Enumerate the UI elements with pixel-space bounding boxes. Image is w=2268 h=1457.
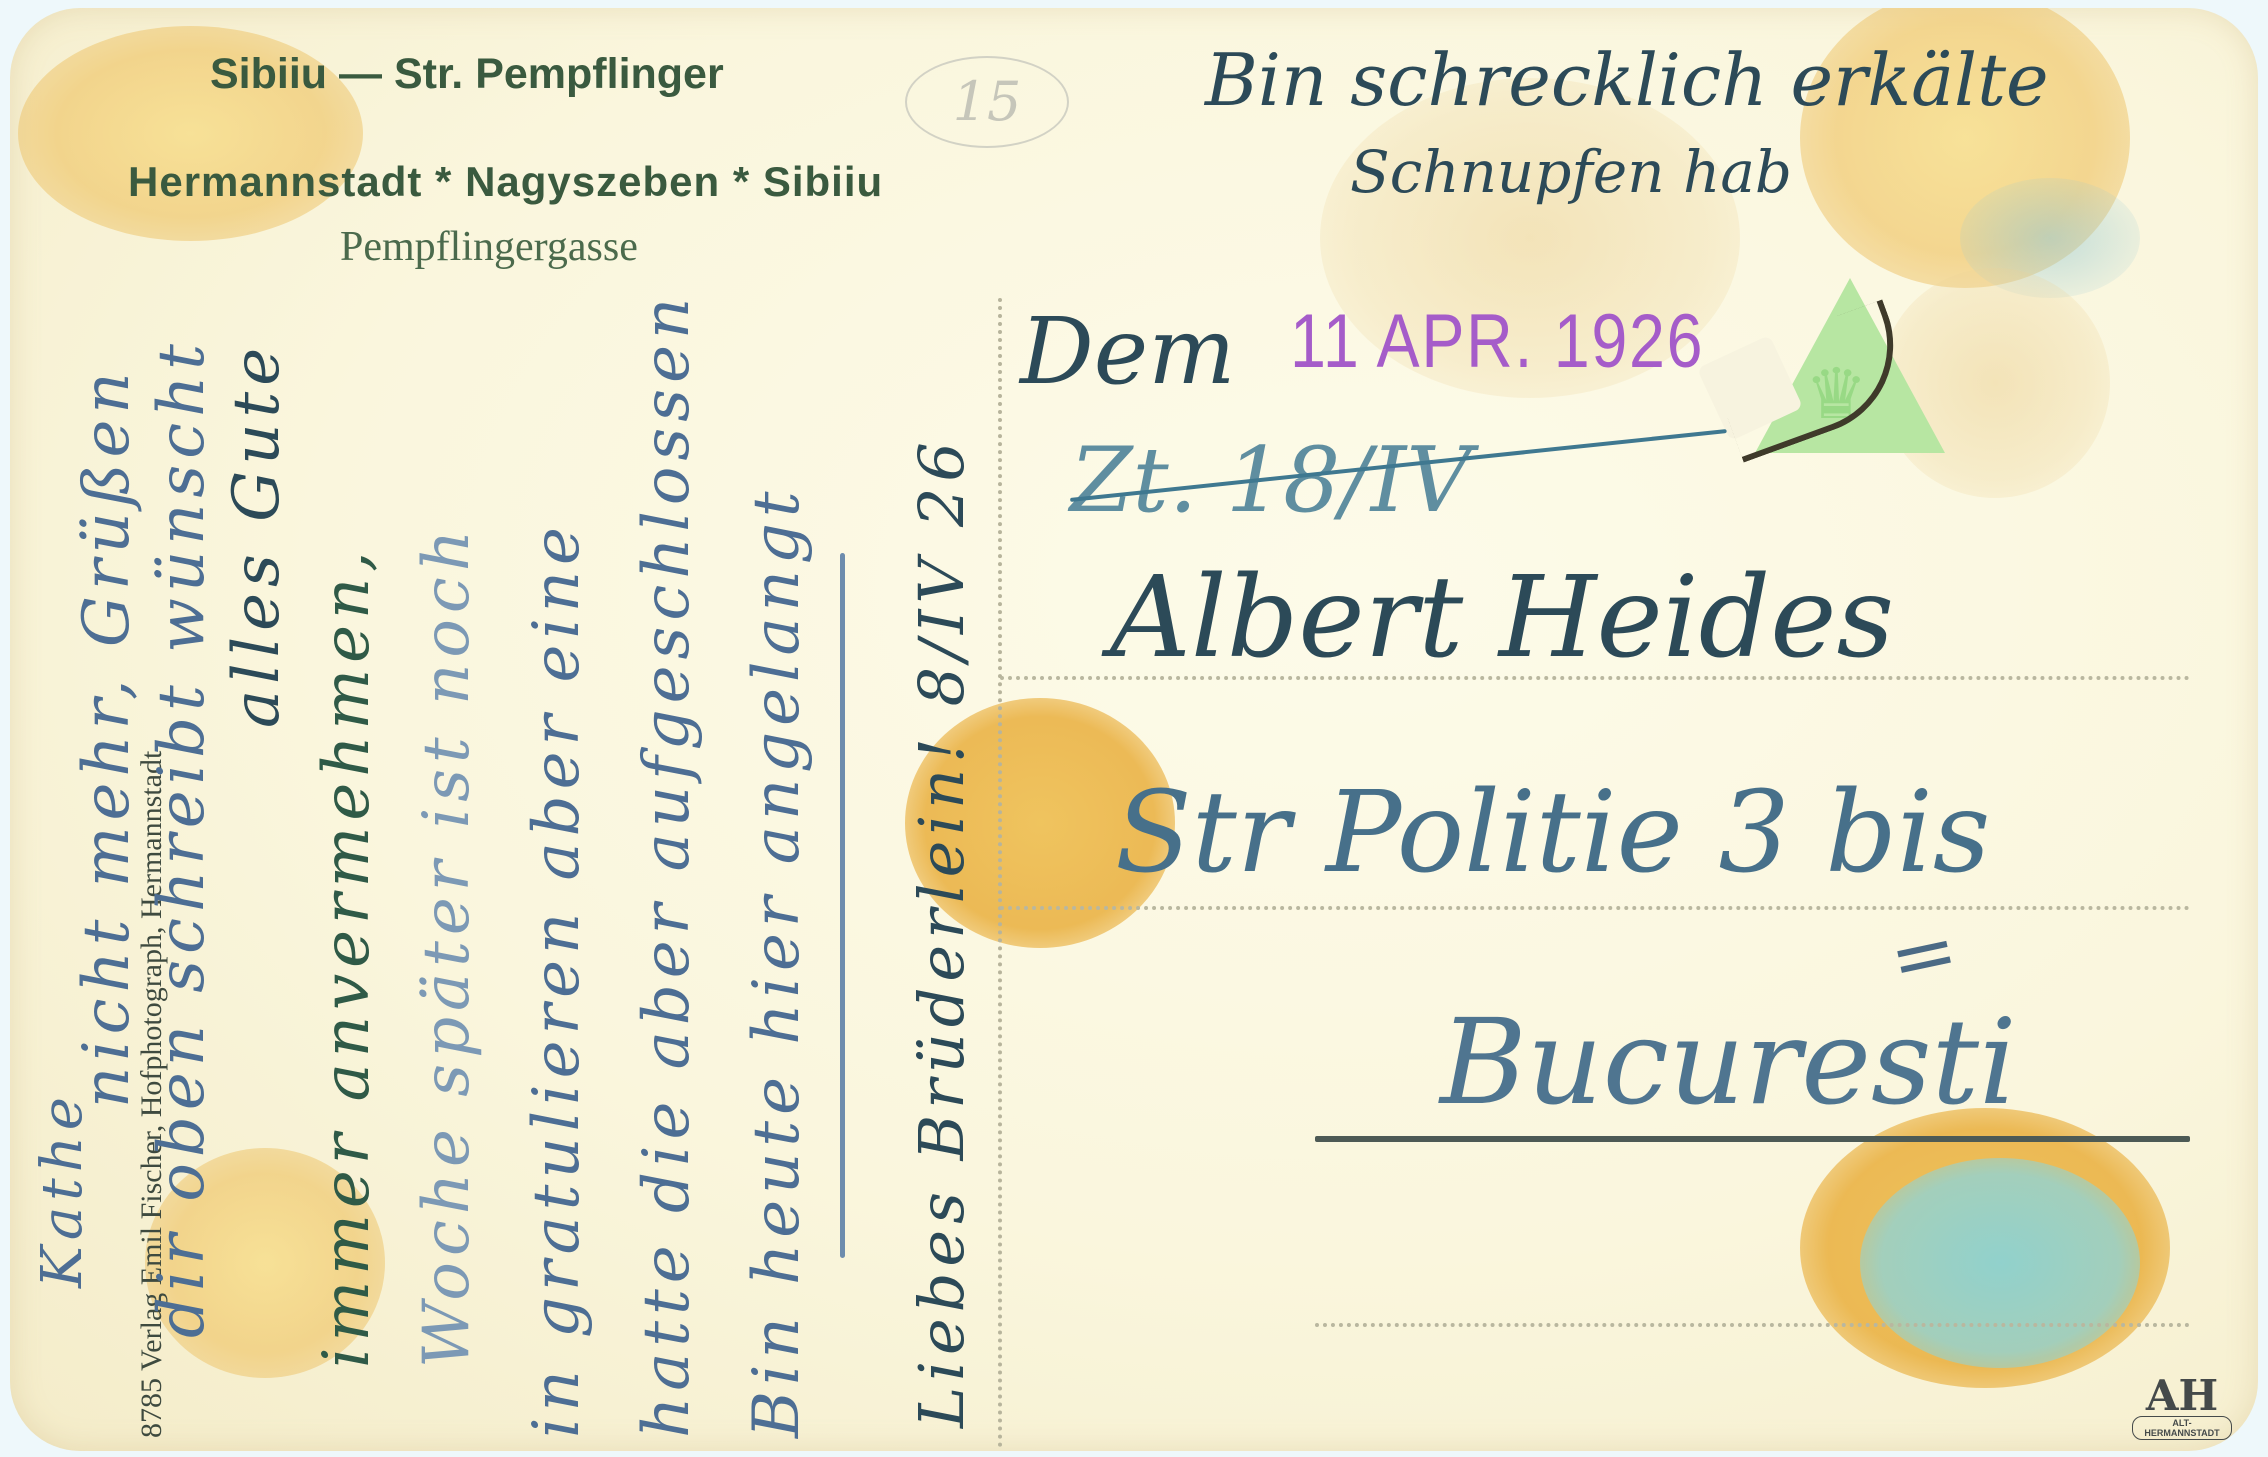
center-divider bbox=[998, 298, 1002, 1448]
address-line-1 bbox=[1000, 676, 2190, 680]
address-line-2 bbox=[1000, 906, 2190, 910]
top-note-line-2: Schnupfen hab bbox=[1350, 138, 1792, 206]
address-city: Bucuresti bbox=[1440, 993, 2017, 1131]
address-name: Albert Heides bbox=[1110, 553, 1894, 683]
address-line-3 bbox=[1315, 1136, 2190, 1142]
postcard-back: Sibiiu — Str. Pempflinger Hermannstadt *… bbox=[10, 8, 2258, 1451]
message-signature-kathe: Kathe bbox=[30, 1091, 95, 1288]
address-salutation: Dem bbox=[1020, 298, 1235, 405]
message-line-7: dir oben schreibt wünscht bbox=[145, 338, 219, 1338]
stain-bottom-right-core bbox=[1860, 1158, 2140, 1368]
printed-city-line: Hermannstadt * Nagyszeben * Sibiiu bbox=[128, 158, 883, 206]
address-line-4 bbox=[1315, 1323, 2190, 1327]
logo-mark: AH bbox=[2132, 1376, 2232, 1416]
logo-caption: ALT-HERMANNSTADT bbox=[2132, 1416, 2232, 1440]
archive-number: 15 bbox=[905, 56, 1069, 148]
message-underline-rule bbox=[840, 553, 845, 1258]
alt-hermannstadt-logo: AH ALT-HERMANNSTADT bbox=[2132, 1376, 2232, 1441]
top-note-line-1: Bin schrecklich erkälte bbox=[1205, 38, 2049, 122]
message-line-1: Bin heute hier angelangt bbox=[740, 485, 814, 1438]
message-line-6: alles Gute bbox=[220, 342, 294, 728]
printed-title: Sibiiu — Str. Pempflinger bbox=[210, 50, 724, 99]
printed-street-line: Pempflingergasse bbox=[340, 223, 638, 271]
message-line-2: hatte die aber aufgeschlossen bbox=[630, 292, 704, 1438]
message-line-3: in gratulieren aber eine bbox=[520, 521, 594, 1438]
postmark-date: 11 APR. 1926 bbox=[1290, 298, 1704, 385]
message-line-5: immer anvermehmen, bbox=[310, 545, 384, 1368]
message-greeting-line: Liebes Brüderlein! 8/IV 26 bbox=[905, 436, 978, 1428]
address-street: Str Politie 3 bis bbox=[1115, 768, 1990, 898]
message-line-4: Woche später ist noch bbox=[410, 524, 484, 1368]
message-line-8: nicht mehr, Grüßen bbox=[70, 366, 144, 1108]
address-mark: = bbox=[1881, 902, 1966, 1007]
